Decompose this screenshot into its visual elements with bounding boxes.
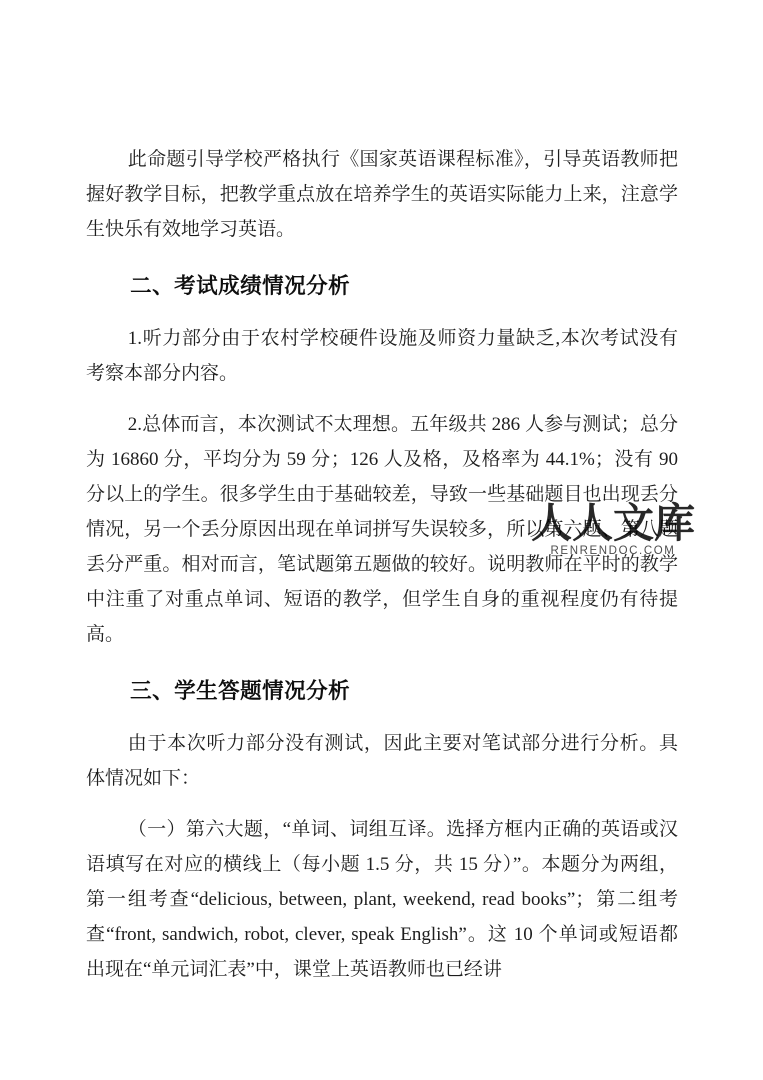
- document-content: 此命题引导学校严格执行《国家英语课程标准》，引导英语教师把握好教学目标，把教学重…: [86, 142, 678, 1003]
- paragraph-analysis-intro: 由于本次听力部分没有测试，因此主要对笔试部分进行分析。具体情况如下：: [86, 726, 678, 796]
- paragraph-question-six: （一）第六大题，“单词、词组互译。选择方框内正确的英语或汉语填写在对应的横线上（…: [86, 812, 678, 987]
- paragraph-overall-results: 2.总体而言，本次测试不太理想。五年级共 286 人参与测试；总分为 16860…: [86, 407, 678, 652]
- section-heading-answer-analysis: 三、学生答题情况分析: [86, 668, 678, 706]
- section-heading-score-analysis: 二、考试成绩情况分析: [86, 263, 678, 301]
- document-page: 此命题引导学校严格执行《国家英语课程标准》，引导英语教师把握好教学目标，把教学重…: [0, 0, 763, 1080]
- paragraph-listening-note: 1.听力部分由于农村学校硬件设施及师资力量缺乏,本次考试没有考察本部分内容。: [86, 321, 678, 391]
- paragraph-exam-guidance: 此命题引导学校严格执行《国家英语课程标准》，引导英语教师把握好教学目标，把教学重…: [86, 142, 678, 247]
